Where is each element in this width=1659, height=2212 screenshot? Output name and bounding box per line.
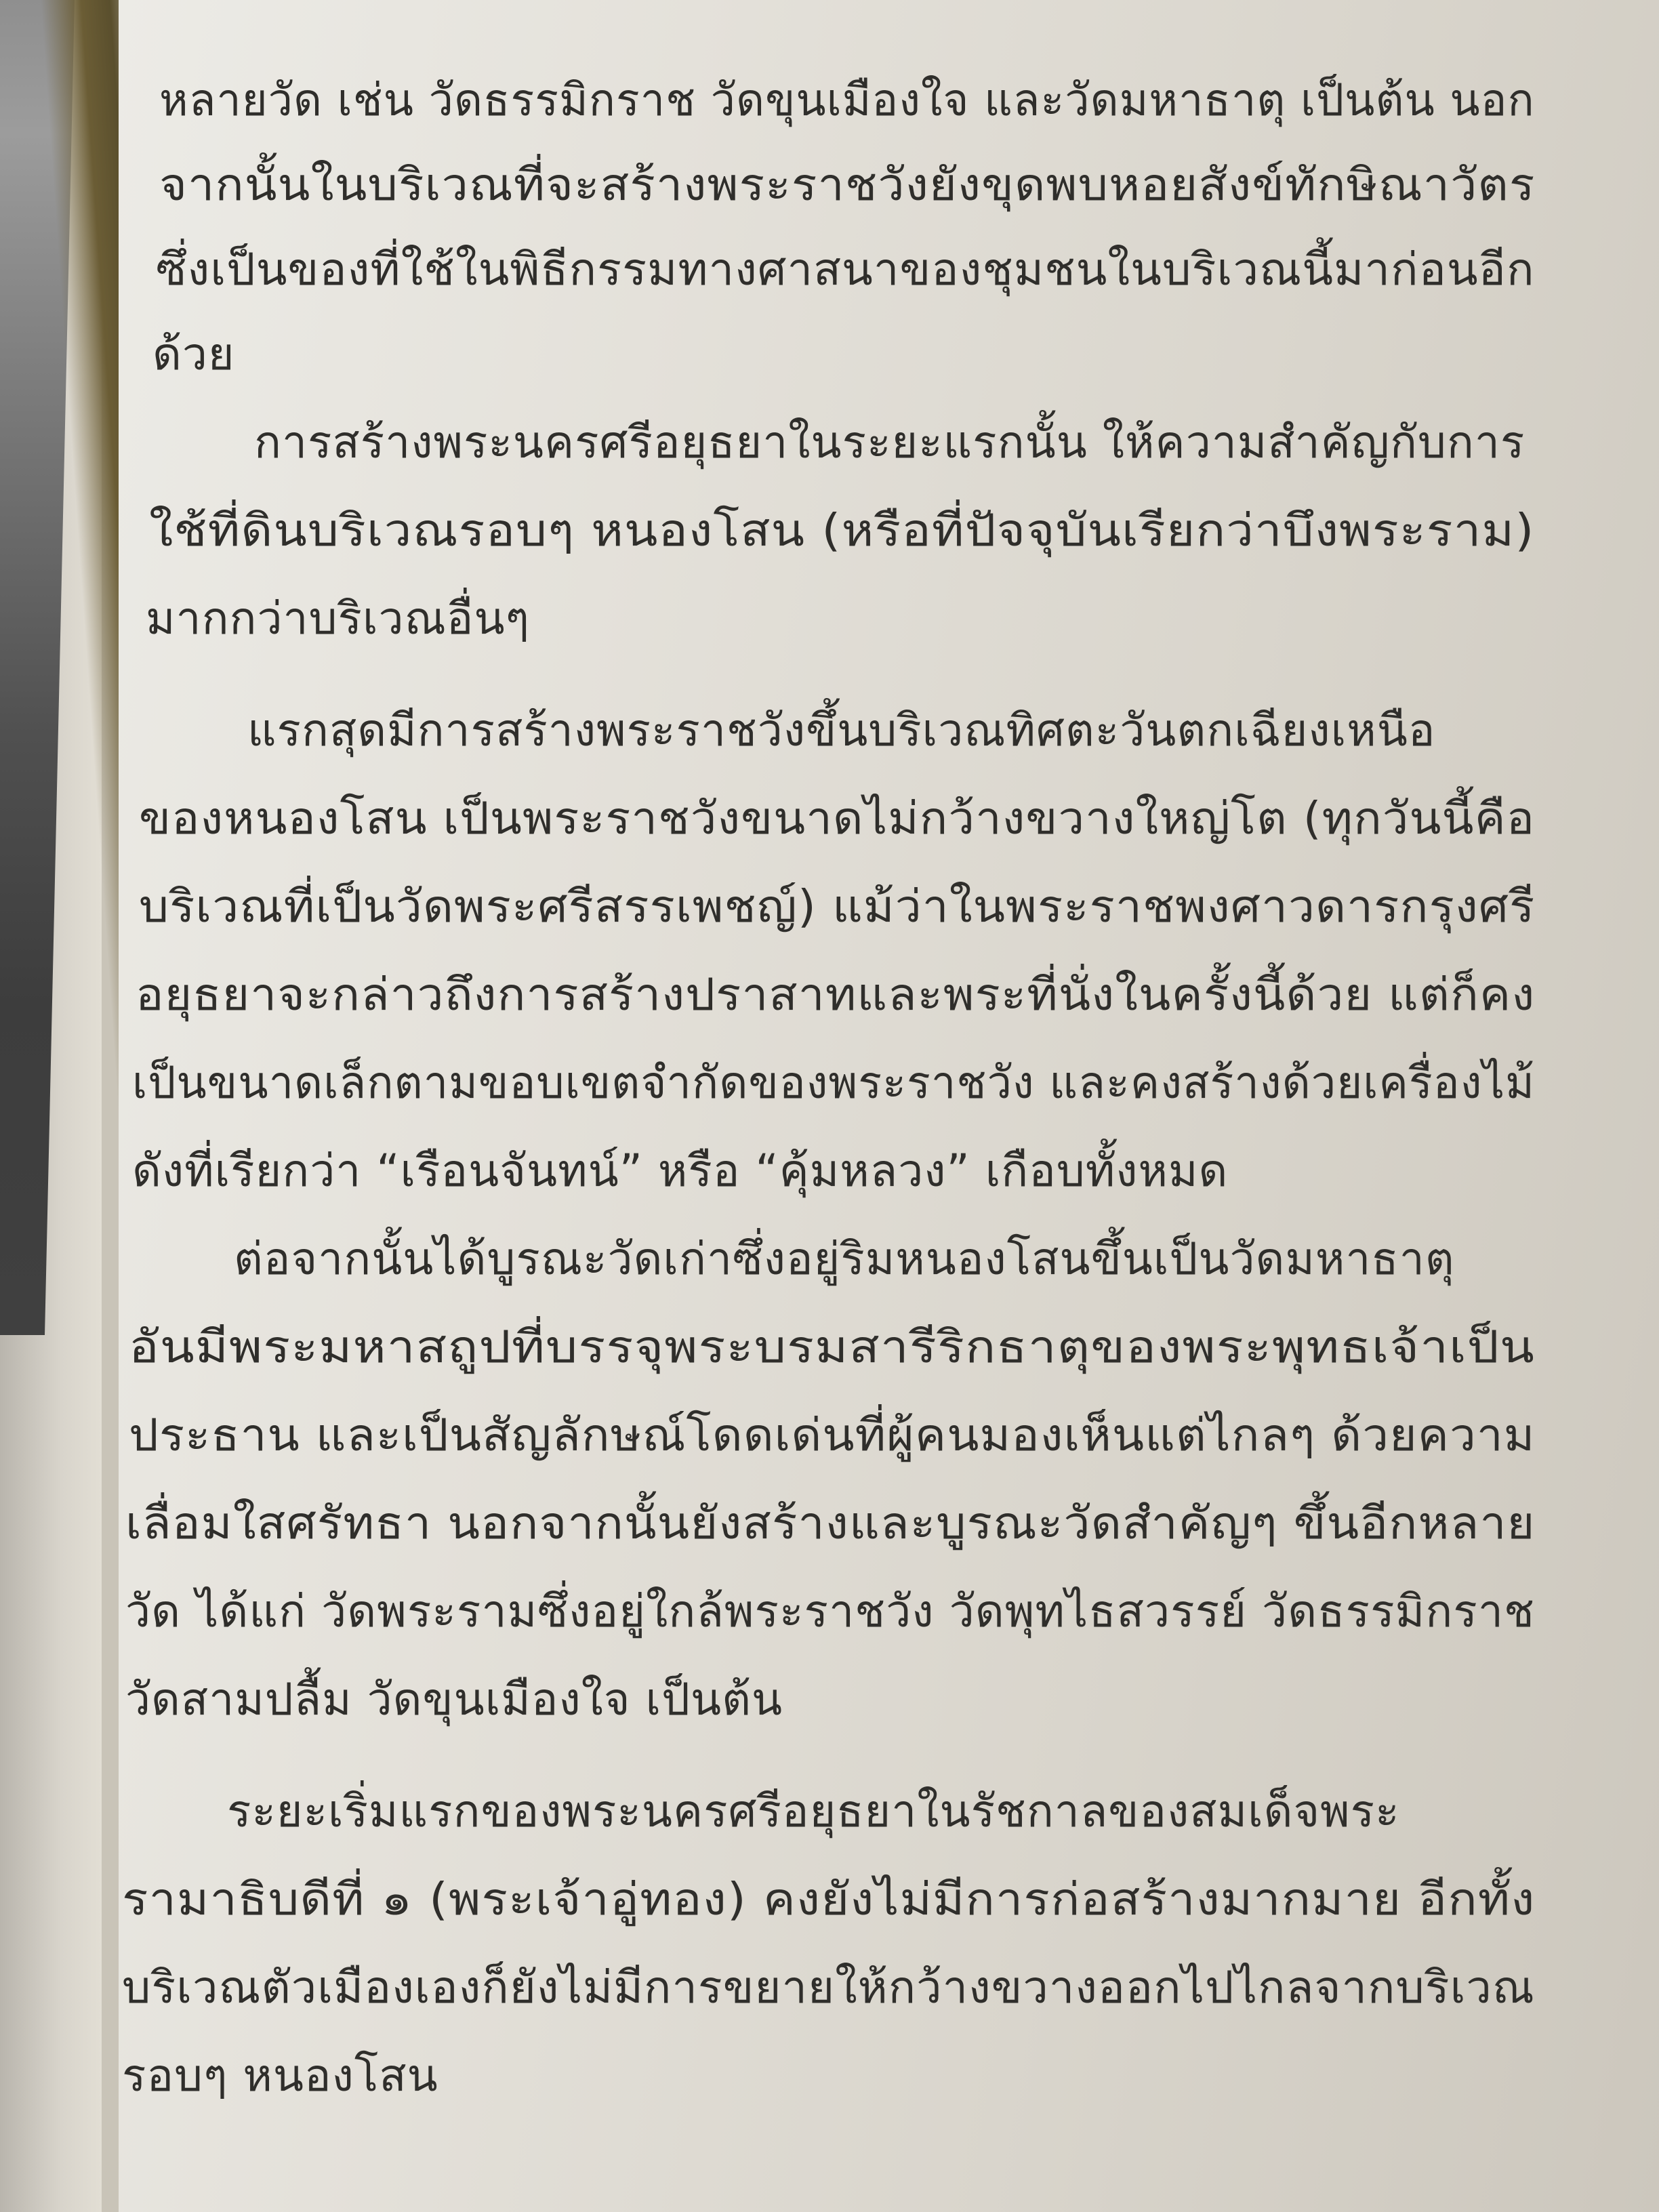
- text-line: รอบๆ หนองโสน: [122, 2040, 438, 2111]
- text-line: รามาธิบดีที่ ๑ (พระเจ้าอู่ทอง) คงยังไม่ม…: [122, 1864, 1535, 1935]
- text-line: วัดสามปลื้ม วัดขุนเมืองใจ เป็นต้น: [125, 1664, 783, 1735]
- text-line: ด้วย: [152, 319, 235, 390]
- text-line: ประธาน และเป็นสัญลักษณ์โดดเด่นที่ผู้คนมอ…: [129, 1399, 1535, 1471]
- text-line: มากกว่าบริเวณอื่นๆ: [146, 583, 530, 654]
- paragraph-start-line: ระยะเริ่มแรกของพระนครศรีอยุธยาในรัชกาลขอ…: [227, 1776, 1400, 1847]
- text-line: จากนั้นในบริเวณที่จะสร้างพระราชวังยังขุด…: [159, 149, 1535, 220]
- text-line: วัด ได้แก่ วัดพระรามซึ่งอยู่ใกล้พระราชวั…: [125, 1576, 1535, 1647]
- book-page: หลายวัด เช่น วัดธรรมิกราช วัดขุนเมืองใจ …: [119, 0, 1659, 2212]
- text-line: อยุธยาจะกล่าวถึงการสร้างปราสาทและพระที่น…: [136, 959, 1535, 1030]
- text-line: หลายวัด เช่น วัดธรรมิกราช วัดขุนเมืองใจ …: [159, 64, 1535, 136]
- text-line: ซึ่งเป็นของที่ใช้ในพิธีกรรมทางศาสนาของชุ…: [156, 234, 1535, 305]
- paragraph-start-line: แรกสุดมีการสร้างพระราชวังขึ้นบริเวณทิศตะ…: [247, 695, 1435, 766]
- text-line: บริเวณที่เป็นวัดพระศรีสรรเพชญ์) แม้ว่าใน…: [139, 871, 1535, 942]
- text-line: อันมีพระมหาสถูปที่บรรจุพระบรมสารีริกธาตุ…: [129, 1311, 1535, 1382]
- text-line: บริเวณตัวเมืองเองก็ยังไม่มีการขยายให้กว้…: [122, 1952, 1535, 2023]
- paragraph-start-line: ต่อจากนั้นได้บูรณะวัดเก่าซึ่งอยู่ริมหนอง…: [234, 1223, 1455, 1294]
- text-line: ของหนองโสน เป็นพระราชวังขนาดไม่กว้างขวาง…: [139, 783, 1535, 854]
- body-text: หลายวัด เช่น วัดธรรมิกราช วัดขุนเมืองใจ …: [119, 0, 1659, 2212]
- text-line: เป็นขนาดเล็กตามขอบเขตจำกัดของพระราชวัง แ…: [132, 1047, 1535, 1118]
- text-line: ใช้ที่ดินบริเวณรอบๆ หนองโสน (หรือที่ปัจจ…: [149, 495, 1535, 566]
- paragraph-start-line: การสร้างพระนครศรีอยุธยาในระยะแรกนั้น ให้…: [254, 407, 1525, 478]
- text-line: เลื่อมใสศรัทธา นอกจากนั้นยังสร้างและบูรณ…: [125, 1488, 1535, 1559]
- text-line: ดังที่เรียกว่า “เรือนจันทน์” หรือ “คุ้มห…: [132, 1135, 1228, 1206]
